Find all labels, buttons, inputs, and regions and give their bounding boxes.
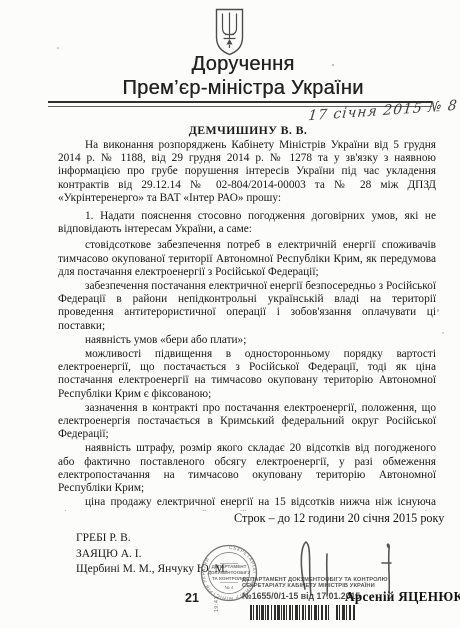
paragraph: забезпечення постачання електричної енер… bbox=[58, 280, 436, 333]
title-line-1: Доручення bbox=[26, 52, 460, 76]
paragraph: можливості підвищення в односторонньому … bbox=[58, 348, 436, 401]
stamp-time-note: 19:41 bbox=[214, 596, 220, 612]
scan-speck bbox=[337, 79, 339, 81]
seal-center-line: ДЕПАРТАМЕНТ bbox=[212, 564, 247, 569]
signer-name: Арсеній ЯЦЕНЮК bbox=[345, 589, 460, 605]
page-number: 21 bbox=[185, 591, 199, 605]
seal-center-line: ДОКУМЕНТООБІГУ bbox=[208, 570, 251, 575]
paragraph: наявність штрафу, розмір якого складає 2… bbox=[58, 442, 436, 495]
deadline-line: Строк – до 12 години 20 січня 2015 року bbox=[234, 511, 444, 526]
scan-speck bbox=[437, 309, 439, 312]
paragraph: зазначення в контракті про постачання ел… bbox=[58, 402, 436, 442]
scan-speck bbox=[442, 332, 444, 334]
paragraph: стовідсоткове забезпечення потреб в елек… bbox=[58, 239, 436, 279]
seal-number: № 4 bbox=[225, 585, 234, 590]
scan-speck bbox=[332, 64, 334, 66]
barcode bbox=[250, 605, 356, 620]
scanned-document-page: Доручення Прем’єр-міністра України 17 сі… bbox=[0, 0, 460, 628]
title-line-2: Прем’єр-міністра України bbox=[26, 76, 460, 100]
addressee-line: ДЕМЧИШИНУ В. В. bbox=[58, 123, 438, 138]
paragraph: 1. Надати пояснення стосовно погодження … bbox=[58, 210, 436, 236]
document-title: Доручення Прем’єр-міністра України bbox=[26, 52, 460, 100]
paragraph: ціна продажу електричної енергії на 15 в… bbox=[58, 496, 436, 511]
paragraph: На виконання розпоряджень Кабінету Мініс… bbox=[58, 139, 436, 205]
ukraine-trident-icon bbox=[213, 8, 246, 56]
paragraph: наявність умов «бери або плати»; bbox=[58, 334, 436, 347]
scan-speck bbox=[57, 47, 59, 49]
document-body: На виконання розпоряджень Кабінету Мініс… bbox=[58, 139, 436, 511]
